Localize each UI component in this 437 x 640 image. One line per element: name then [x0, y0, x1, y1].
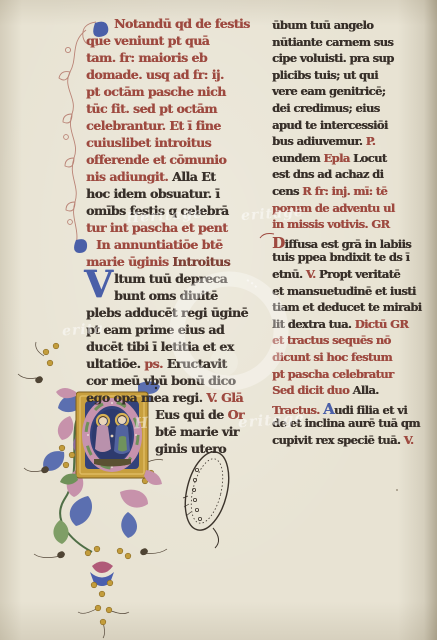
- text-run: ūbum tuū angelo: [272, 18, 373, 32]
- text-run: tūc fit. sed pt octām: [86, 101, 217, 116]
- text-run: et tractus sequēs nō: [272, 333, 391, 347]
- left-text-column: Notandū qd de festisque veniunt pt quāta…: [86, 0, 261, 640]
- text-run: hoc idem obsuatur. ī: [86, 186, 219, 201]
- text-run: Eructavit: [167, 356, 227, 371]
- left-line-22: cor meū vbū bonū dico: [86, 373, 236, 388]
- introit-initial-v: V: [84, 266, 113, 303]
- left-line-20: ducēt tibi ī letitia et ex: [86, 339, 234, 354]
- text-run: plebs adducēt regi ūginē: [86, 305, 248, 320]
- left-line-8: cuiuslibet introitus: [86, 135, 211, 150]
- text-run: ltum tuū depreca: [114, 271, 227, 286]
- text-run: V.: [306, 267, 319, 281]
- text-run: dei credimus; eius: [272, 101, 380, 115]
- left-line-23: ego opa mea regi. V. Glā: [86, 390, 243, 405]
- right-line-8: bus adiuvemur. P.: [272, 134, 375, 148]
- text-run: nūtiante carnem sus: [272, 35, 393, 49]
- right-line-17: et mansuetudinē et iusti: [272, 284, 416, 298]
- right-line-22: pt pascha celebratur: [272, 367, 393, 381]
- text-run: In annuntiatiōe btē: [96, 237, 223, 252]
- text-run: Locut: [353, 151, 386, 165]
- text-run: Dictū GR: [355, 317, 409, 331]
- right-line-9: eundem Epla Locut: [272, 151, 386, 165]
- left-line-6: tūc fit. sed pt octām: [86, 101, 217, 116]
- text-run: offerende et cōmunio: [86, 152, 226, 167]
- right-line-10: est dns ad achaz di: [272, 167, 383, 181]
- left-line-4: domade. usq ad fr: ij.: [86, 67, 224, 82]
- right-line-6: dei credimus; eius: [272, 101, 380, 115]
- right-line-3: cipe voluisti. pra sup: [272, 51, 394, 65]
- left-line-14: In annuntiatiōe btē: [96, 237, 223, 252]
- text-run: Sed dicit duo: [272, 383, 352, 397]
- text-run: Notandū qd de festis: [114, 16, 250, 31]
- left-line-21: ultatiōe. ps. Eructavit: [86, 356, 227, 371]
- text-run: dicunt si hoc festum: [272, 350, 392, 364]
- left-line-9: offerende et cōmunio: [86, 152, 226, 167]
- text-run: R fr: inj. mī: tē: [302, 184, 387, 198]
- left-line-26: ginis utero: [155, 441, 226, 456]
- left-line-10: nis adiungit. Alla Et: [86, 169, 215, 184]
- text-run: Epla: [323, 151, 353, 165]
- left-line-17: bunt oms diuitē: [114, 288, 218, 303]
- text-run: Propt veritatē: [319, 267, 400, 281]
- left-line-19: pt eam prime eius ad: [86, 322, 224, 337]
- text-run: ultatiōe.: [86, 356, 144, 371]
- left-line-2: que veniunt pt quā: [86, 33, 209, 48]
- text-run: domade. usq ad fr: ij.: [86, 67, 224, 82]
- text-run: eundem: [272, 151, 323, 165]
- text-run: que veniunt pt quā: [86, 33, 209, 48]
- right-line-14: Diffusa est grā in labiis: [272, 234, 411, 252]
- text-run: Eus qui de: [155, 407, 227, 422]
- text-run: iffusa est grā in labiis: [284, 237, 411, 251]
- text-run: Introitus: [172, 254, 230, 269]
- text-run: pt pascha celebratur: [272, 367, 393, 381]
- text-run: V. Glā: [206, 390, 243, 405]
- text-run: ego opa mea regi.: [86, 390, 206, 405]
- text-run: pt eam prime eius ad: [86, 322, 224, 337]
- text-run: Alla Et: [172, 169, 215, 184]
- right-line-16: etnū. V. Propt veritatē: [272, 267, 400, 281]
- text-run: ginis utero: [155, 441, 226, 456]
- left-line-11: hoc idem obsuatur. ī: [86, 186, 219, 201]
- right-line-2: nūtiante carnem sus: [272, 35, 393, 49]
- left-line-3: tam. fr: maioris eb: [86, 50, 207, 65]
- text-run: cens: [272, 184, 302, 198]
- text-run: tuis ppea bndixit te ds ī: [272, 250, 409, 264]
- text-run: bus adiuvemur.: [272, 134, 366, 148]
- text-run: D: [272, 234, 284, 252]
- text-run: tam. fr: maioris eb: [86, 50, 207, 65]
- text-run: V.: [404, 433, 414, 447]
- text-run: celebrantur. Et ī fine: [86, 118, 221, 133]
- text-run: btē marie vir: [155, 424, 239, 439]
- left-line-18: plebs adducēt regi ūginē: [86, 305, 248, 320]
- text-run: apud te intercessiōi: [272, 118, 388, 132]
- text-run: cor meū vbū bonū dico: [86, 373, 236, 388]
- right-line-15: tuis ppea bndixit te ds ī: [272, 250, 409, 264]
- right-line-1: ūbum tuū angelo: [272, 18, 373, 32]
- text-run: pt octām pasche nich: [86, 84, 226, 99]
- right-line-4: plicibs tuis; ut qui: [272, 68, 378, 82]
- right-line-18: tiam et deducet te mirabi: [272, 300, 421, 314]
- text-run: lit dextra tua.: [272, 317, 355, 331]
- right-text-column: ūbum tuū angelonūtiante carnem suscipe v…: [272, 0, 432, 640]
- text-run: etnū.: [272, 267, 306, 281]
- text-run: cuiuslibet introitus: [86, 135, 211, 150]
- text-run: A: [323, 400, 334, 418]
- left-line-1: Notandū qd de festis: [114, 16, 250, 31]
- right-line-20: et tractus sequēs nō: [272, 333, 391, 347]
- right-line-5: vere eam genitricē;: [272, 84, 385, 98]
- right-line-21: dicunt si hoc festum: [272, 350, 392, 364]
- text-run: est dns ad achaz di: [272, 167, 383, 181]
- left-line-5: pt octām pasche nich: [86, 84, 226, 99]
- text-run: vere eam genitricē;: [272, 84, 385, 98]
- manuscript-page: Notandū qd de festisque veniunt pt quāta…: [0, 0, 437, 640]
- text-run: tiam et deducet te mirabi: [272, 300, 421, 314]
- left-line-24: Eus qui de Or: [155, 407, 244, 422]
- right-line-7: apud te intercessiōi: [272, 118, 388, 132]
- text-run: et mansuetudinē et iusti: [272, 284, 416, 298]
- right-line-23: Sed dicit duo Alla.: [272, 383, 379, 397]
- text-run: bunt oms diuitē: [114, 288, 218, 303]
- left-line-25: btē marie vir: [155, 424, 239, 439]
- text-run: Alla.: [352, 383, 378, 397]
- watermark-text: H: [133, 413, 149, 432]
- text-run: P.: [366, 134, 376, 148]
- watermark-text: erita: [61, 321, 104, 340]
- text-run: ducēt tibi ī letitia et ex: [86, 339, 234, 354]
- text-run: cupivit rex speciē tuā.: [272, 433, 404, 447]
- right-line-11: cens R fr: inj. mī: tē: [272, 184, 387, 198]
- text-run: plicibs tuis; ut qui: [272, 68, 378, 82]
- right-line-19: lit dextra tua. Dictū GR: [272, 317, 408, 331]
- text-run: udi filia et vi: [334, 403, 407, 417]
- left-line-16: ltum tuū depreca: [114, 271, 227, 286]
- right-line-26: cupivit rex speciē tuā. V.: [272, 433, 413, 447]
- text-run: cipe voluisti. pra sup: [272, 51, 394, 65]
- left-line-7: celebrantur. Et ī fine: [86, 118, 221, 133]
- text-run: nis adiungit.: [86, 169, 172, 184]
- text-run: ps.: [144, 356, 166, 371]
